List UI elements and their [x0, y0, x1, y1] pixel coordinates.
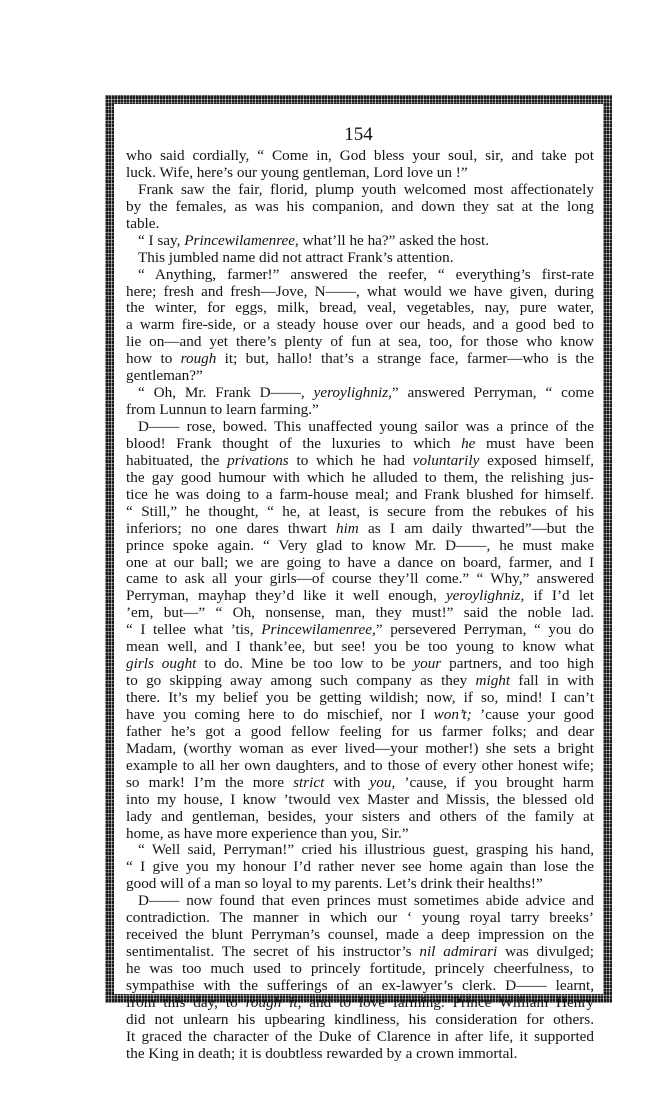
- text-run: as I am daily thwarted”—but the: [359, 520, 594, 537]
- text-run: by the females, as was his companion, an…: [126, 198, 594, 215]
- italic-text: won’t;: [434, 706, 472, 723]
- text-run: here; fresh and fresh—Jove, N——, what wo…: [126, 283, 594, 300]
- italic-text: you,: [370, 774, 396, 791]
- text-line: inferiors; no one dares thwart him as I …: [126, 521, 594, 538]
- text-run: “ I tellee what ’tis,: [126, 621, 261, 638]
- text-line: This jumbled name did not attract Frank’…: [126, 250, 594, 267]
- text-run: how to: [126, 350, 181, 367]
- text-run: so mark! I’m the more: [126, 774, 293, 791]
- text-line: blood! Frank thought of the luxuries to …: [126, 436, 594, 453]
- text-line: tice he was doing to a farm-house meal; …: [126, 487, 594, 504]
- text-line: Madam, (worthy woman as ever lived—your …: [126, 741, 594, 758]
- text-line: have you coming here to do mischief, nor…: [126, 707, 594, 724]
- text-line: habituated, the privations to which he h…: [126, 453, 594, 470]
- italic-text: might: [476, 672, 511, 689]
- text-line: lie on—and yet there’s plenty of fun at …: [126, 334, 594, 351]
- italic-text: girls ought: [126, 655, 196, 672]
- text-line: father he’s got a good fellow feeling fo…: [126, 724, 594, 741]
- text-run: ’cause your good: [472, 706, 594, 723]
- text-run: came to ask all your girls—of course the…: [126, 570, 594, 587]
- italic-text: he: [461, 435, 475, 452]
- text-line: “ Still,” he thought, “ he, at least, is…: [126, 504, 594, 521]
- text-run: there. It’s my belief you be getting wil…: [126, 689, 594, 706]
- text-run: he was too much used to princely fortitu…: [126, 960, 594, 977]
- text-run: This jumbled name did not attract Frank’…: [138, 249, 454, 266]
- text-run: gentleman?”: [126, 367, 203, 384]
- text-line: It graced the character of the Duke of C…: [126, 1029, 594, 1046]
- text-run: “ Anything, farmer!” answered the reefer…: [138, 266, 594, 283]
- text-line: “ I give you my honour I’d rather never …: [126, 859, 594, 876]
- text-line: sentimentalist. The secret of his instru…: [126, 944, 594, 961]
- text-run: to which he had: [289, 452, 413, 469]
- text-run: inferiors; no one dares thwart: [126, 520, 336, 537]
- text-run: was divulged;: [497, 943, 594, 960]
- italic-text: strict: [293, 774, 324, 791]
- text-run: and to love farming. Prince William Henr…: [301, 994, 594, 1011]
- text-run: example to all her own daughters, and to…: [126, 757, 594, 774]
- text-line: the gay good humour with which he allude…: [126, 470, 594, 487]
- text-line: D—— rose, bowed. This unaffected young s…: [126, 419, 594, 436]
- text-run: “ Oh, Mr. Frank D——,: [138, 384, 314, 401]
- text-run: prince spoke again. “ Very glad to know …: [126, 537, 594, 554]
- text-run: “ Still,” he thought, “ he, at least, is…: [126, 503, 594, 520]
- page-border-frame: 154 who said cordially, “ Come in, God b…: [105, 95, 612, 1003]
- text-run: partners, and too high: [441, 655, 594, 672]
- text-run: table.: [126, 215, 159, 232]
- text-line: girls ought to do. Mine be too low to be…: [126, 656, 594, 673]
- text-run: “ I give you my honour I’d rather never …: [126, 858, 594, 875]
- text-run: sympathise with the sufferings of an ex-…: [126, 977, 594, 994]
- text-line: table.: [126, 216, 594, 233]
- text-run: tice he was doing to a farm-house meal; …: [126, 486, 594, 503]
- italic-text: yeroylighniz,: [314, 384, 392, 401]
- text-line: gentleman?”: [126, 368, 594, 385]
- text-line: did not unlearn his upbearing kindliness…: [126, 1012, 594, 1029]
- text-run: a warm fire-side, or a steady house over…: [126, 316, 594, 333]
- text-line: “ I say, Princewilamenree, what’ll he ha…: [126, 233, 594, 250]
- text-run: blood! Frank thought of the luxuries to …: [126, 435, 461, 452]
- text-run: into my house, I know ’twould vex Master…: [126, 791, 594, 808]
- text-line: into my house, I know ’twould vex Master…: [126, 792, 594, 809]
- text-run: from this day, to: [126, 994, 246, 1011]
- italic-text: Princewilamenree,: [261, 621, 376, 638]
- text-run: it; but, hallo! that’s a strange face, f…: [216, 350, 594, 367]
- text-line: came to ask all your girls—of course the…: [126, 571, 594, 588]
- text-run: one at our ball; we are going to have a …: [126, 554, 594, 571]
- text-run: to go skipping away among such company a…: [126, 672, 476, 689]
- text-run: “ Well said, Perryman!” cried his illust…: [138, 841, 594, 858]
- text-run: , what’ll he ha?” asked the host.: [295, 232, 489, 249]
- page-number: 154: [114, 124, 603, 146]
- text-line: there. It’s my belief you be getting wil…: [126, 690, 594, 707]
- text-line: good will of a man so loyal to my parent…: [126, 876, 594, 893]
- text-run: It graced the character of the Duke of C…: [126, 1028, 594, 1045]
- text-line: example to all her own daughters, and to…: [126, 758, 594, 775]
- italic-text: rough: [181, 350, 217, 367]
- text-line: so mark! I’m the more strict with you, ’…: [126, 775, 594, 792]
- text-run: habituated, the: [126, 452, 227, 469]
- text-run: contradiction. The manner in which our ‘…: [126, 909, 594, 926]
- text-line: to go skipping away among such company a…: [126, 673, 594, 690]
- text-run: Madam, (worthy woman as ever lived—your …: [126, 740, 594, 757]
- text-run: sentimentalist. The secret of his instru…: [126, 943, 419, 960]
- italic-text: him: [336, 520, 359, 537]
- text-line: ’em, but—” “ Oh, nonsense, man, they mus…: [126, 605, 594, 622]
- text-line: who said cordially, “ Come in, God bless…: [126, 148, 594, 165]
- text-line: here; fresh and fresh—Jove, N——, what wo…: [126, 284, 594, 301]
- text-line: a warm fire-side, or a steady house over…: [126, 317, 594, 334]
- text-run: father he’s got a good fellow feeling fo…: [126, 723, 594, 740]
- text-line: “ Anything, farmer!” answered the reefer…: [126, 267, 594, 284]
- text-line: how to rough it; but, hallo! that’s a st…: [126, 351, 594, 368]
- text-line: he was too much used to princely fortitu…: [126, 961, 594, 978]
- text-run: lie on—and yet there’s plenty of fun at …: [126, 333, 594, 350]
- text-line: lady and gentleman, besides, your sister…: [126, 809, 594, 826]
- text-run: ’em, but—” “ Oh, nonsense, man, they mus…: [126, 604, 594, 621]
- text-run: if I’d let: [524, 587, 594, 604]
- text-line: Frank saw the fair, florid, plump youth …: [126, 182, 594, 199]
- body-text: who said cordially, “ Come in, God bless…: [126, 148, 594, 1063]
- text-line: D—— now found that even princes must som…: [126, 893, 594, 910]
- text-run: “ I say,: [138, 232, 184, 249]
- text-run: D—— now found that even princes must som…: [138, 892, 594, 909]
- text-run: ” answered Perryman, “ come: [392, 384, 594, 401]
- text-run: with: [324, 774, 369, 791]
- text-line: sympathise with the sufferings of an ex-…: [126, 978, 594, 995]
- text-line: luck. Wife, here’s our young gentleman, …: [126, 165, 594, 182]
- text-run: have you coming here to do mischief, nor…: [126, 706, 434, 723]
- text-line: mean well, and I thank’ee, but see! you …: [126, 639, 594, 656]
- text-line: the King in death; it is doubtless rewar…: [126, 1046, 594, 1063]
- text-run: good will of a man so loyal to my parent…: [126, 875, 543, 892]
- text-line: home, as have more experience than you, …: [126, 826, 594, 843]
- text-run: home, as have more experience than you, …: [126, 825, 409, 842]
- text-run: must have been: [475, 435, 594, 452]
- italic-text: voluntarily: [413, 452, 480, 469]
- text-run: from Lunnun to learn farming.”: [126, 401, 319, 418]
- text-line: received the blunt Perryman’s counsel, m…: [126, 927, 594, 944]
- text-line: by the females, as was his companion, an…: [126, 199, 594, 216]
- text-line: from Lunnun to learn farming.”: [126, 402, 594, 419]
- text-run: Perryman, mayhap they’d like it well eno…: [126, 587, 446, 604]
- italic-text: yeroylighniz,: [446, 587, 524, 604]
- text-line: “ Oh, Mr. Frank D——, yeroylighniz,” answ…: [126, 385, 594, 402]
- text-run: exposed himself,: [479, 452, 594, 469]
- text-line: “ Well said, Perryman!” cried his illust…: [126, 842, 594, 859]
- text-line: contradiction. The manner in which our ‘…: [126, 910, 594, 927]
- text-line: Perryman, mayhap they’d like it well eno…: [126, 588, 594, 605]
- italic-text: privations: [227, 452, 289, 469]
- italic-text: nil admirari: [419, 943, 497, 960]
- text-run: Frank saw the fair, florid, plump youth …: [138, 181, 594, 198]
- italic-text: rough it,: [246, 994, 302, 1011]
- text-run: the winter, for eggs, milk, bread, veal,…: [126, 299, 594, 316]
- text-run: lady and gentleman, besides, your sister…: [126, 808, 594, 825]
- text-line: from this day, to rough it, and to love …: [126, 995, 594, 1012]
- text-run: received the blunt Perryman’s counsel, m…: [126, 926, 594, 943]
- text-run: D—— rose, bowed. This unaffected young s…: [138, 418, 594, 435]
- text-run: who said cordially, “ Come in, God bless…: [126, 147, 594, 164]
- text-run: fall in with: [510, 672, 594, 689]
- text-line: prince spoke again. “ Very glad to know …: [126, 538, 594, 555]
- italic-text: Princewilamenree: [184, 232, 295, 249]
- italic-text: your: [413, 655, 441, 672]
- text-run: ” persevered Perryman, “ you do: [376, 621, 594, 638]
- text-run: luck. Wife, here’s our young gentleman, …: [126, 164, 468, 181]
- text-run: did not unlearn his upbearing kindliness…: [126, 1011, 594, 1028]
- text-run: to do. Mine be too low to be: [196, 655, 413, 672]
- text-line: the winter, for eggs, milk, bread, veal,…: [126, 300, 594, 317]
- text-line: one at our ball; we are going to have a …: [126, 555, 594, 572]
- text-run: the gay good humour with which he allude…: [126, 469, 594, 486]
- text-run: ’cause, if you brought harm: [395, 774, 594, 791]
- text-run: mean well, and I thank’ee, but see! you …: [126, 638, 594, 655]
- text-line: “ I tellee what ’tis, Princewilamenree,”…: [126, 622, 594, 639]
- text-run: the King in death; it is doubtless rewar…: [126, 1045, 517, 1062]
